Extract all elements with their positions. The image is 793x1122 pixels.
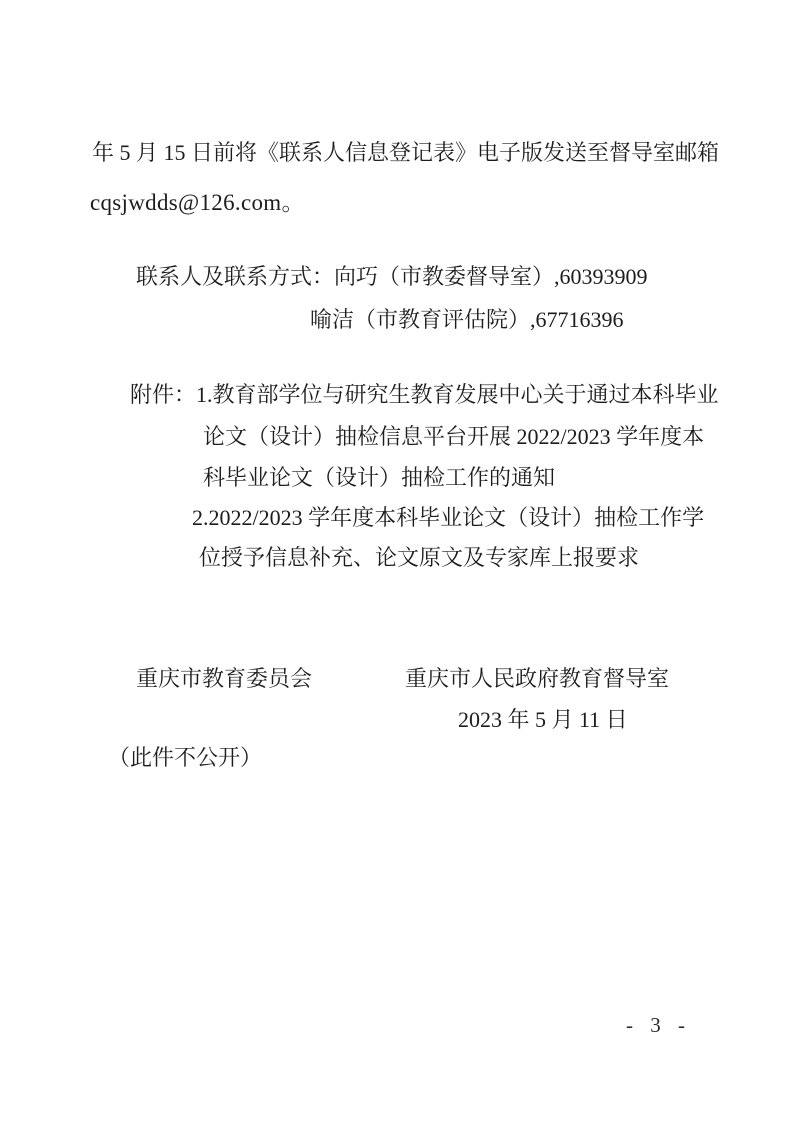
signature-date: 2023 年 5 月 11 日 (458, 709, 628, 731)
contact-line-2: 喻洁（市教育评估院）,67716396 (310, 309, 624, 331)
contact-line-1: 联系人及联系方式：向巧（市教委督导室）,60393909 (136, 266, 648, 288)
confidential-note: （此件不公开） (108, 747, 262, 769)
page-number: - 3 - (626, 1015, 687, 1036)
document-page: 年 5 月 15 日前将《联系人信息登记表》电子版发送至督导室邮箱 cqsjwd… (0, 0, 793, 1122)
attachment-line-1: 附件：1.教育部学位与研究生教育发展中心关于通过本科毕业 (130, 384, 719, 406)
attachment-line-2: 论文（设计）抽检信息平台开展 2022/2023 学年度本 (203, 426, 704, 448)
intro-line-1: 年 5 月 15 日前将《联系人信息登记表》电子版发送至督导室邮箱 (92, 142, 719, 164)
attachment-line-4: 2.2022/2023 学年度本科毕业论文（设计）抽检工作学 (192, 507, 704, 529)
intro-line-2-email: cqsjwdds@126.com。 (90, 191, 305, 214)
attachment-line-3: 科毕业论文（设计）抽检工作的通知 (203, 467, 555, 489)
attachment-line-5: 位授予信息补充、论文原文及专家库上报要求 (199, 547, 639, 569)
signature-org-left: 重庆市教育委员会 (136, 668, 312, 690)
signature-org-right: 重庆市人民政府教育督导室 (405, 668, 669, 690)
